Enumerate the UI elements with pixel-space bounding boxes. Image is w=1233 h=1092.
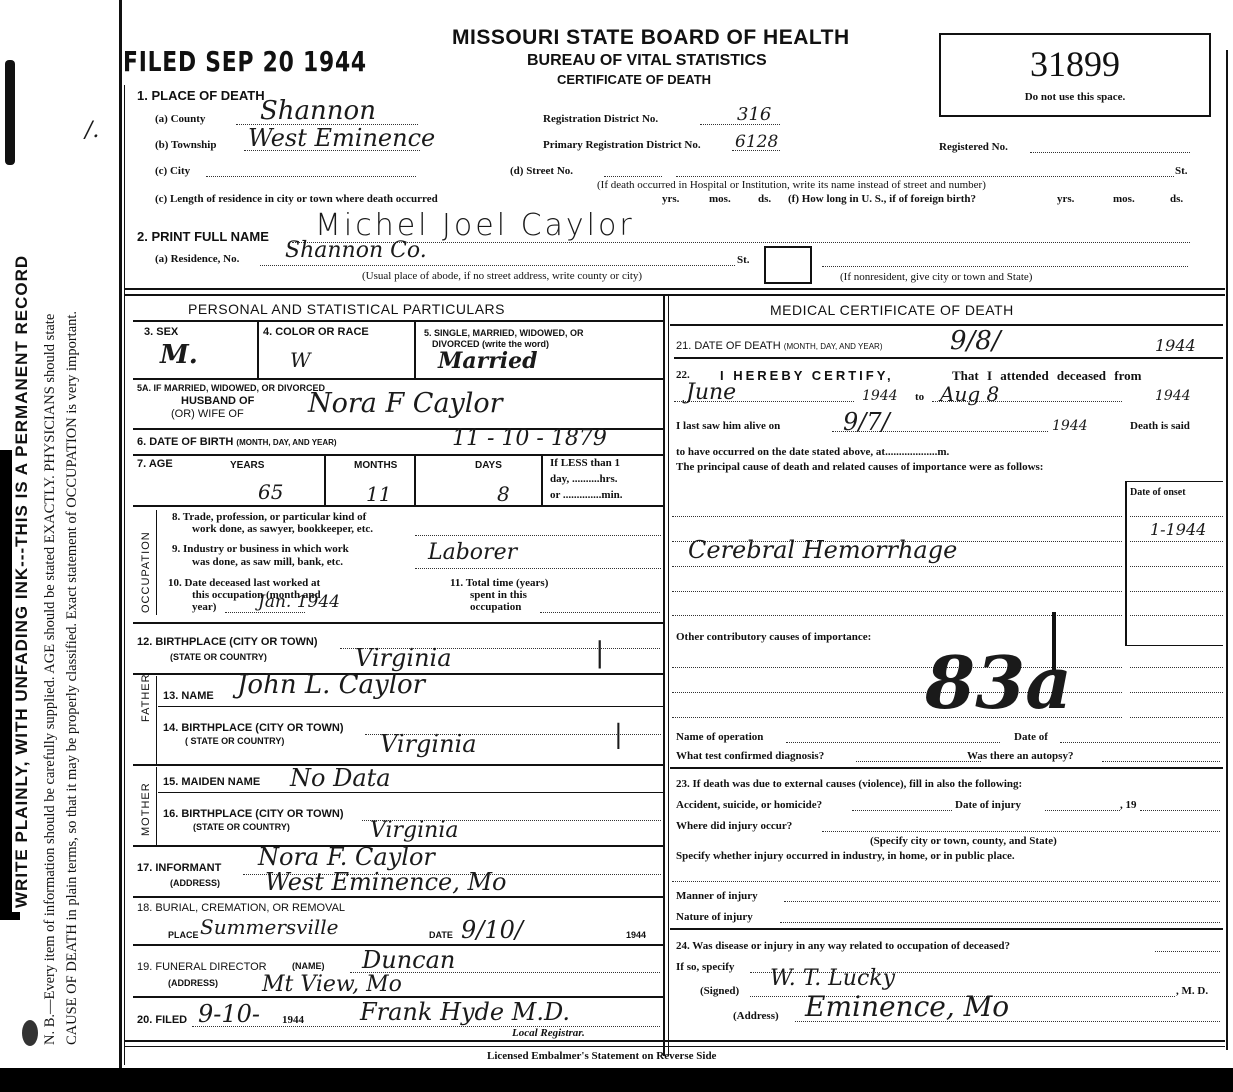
father-end-line xyxy=(133,764,663,766)
foreign-ds: ds. xyxy=(1170,193,1183,205)
township-value[interactable]: West Eminence xyxy=(248,124,435,152)
sex-label: 3. SEX xyxy=(144,326,178,338)
spouse-label-1: 5A. IF MARRIED, WIDOWED, OR DIVORCED xyxy=(137,383,325,393)
personal-section-title: PERSONAL AND STATISTICAL PARTICULARS xyxy=(188,301,505,317)
where-line xyxy=(822,831,1220,832)
if-so-label: If so, specify xyxy=(676,961,734,973)
less-than-label: If LESS than 1 xyxy=(550,457,620,469)
dod-label-sub: (MONTH, DAY, AND YEAR) xyxy=(784,342,883,351)
injury-year-label: , 19 xyxy=(1120,799,1137,811)
maiden-name-label: 15. MAIDEN NAME xyxy=(163,776,260,788)
onset-line-7 xyxy=(1130,692,1223,693)
specify-line xyxy=(672,881,1220,882)
industry-label-1: 9. Industry or business in which work xyxy=(172,543,349,555)
header-divider xyxy=(125,288,1225,290)
dod-label: 21. DATE OF DEATH (MONTH, DAY, AND YEAR) xyxy=(676,340,882,352)
last-worked-label-3: year) xyxy=(192,601,216,613)
age-years-value[interactable]: 65 xyxy=(258,480,283,504)
margin-black-bar-top xyxy=(5,60,15,165)
accident-label: Accident, suicide, or homicide? xyxy=(676,799,822,811)
age-months-divider xyxy=(414,455,416,505)
occupation-end-line xyxy=(133,622,663,624)
dob-label-sub: (MONTH, DAY, AND YEAR) xyxy=(236,438,336,447)
maiden-name-value[interactable]: No Data xyxy=(290,764,391,792)
street-st-label: St. xyxy=(1175,165,1188,177)
reg-district-label: Registration District No. xyxy=(543,113,658,125)
street-line xyxy=(604,176,662,177)
autopsy-label: Was there an autopsy? xyxy=(967,750,1073,762)
attended-to-year[interactable]: 1944 xyxy=(1155,388,1191,404)
funeral-name-value[interactable]: Duncan xyxy=(362,946,455,974)
marital-label-1: 5. SINGLE, MARRIED, WIDOWED, OR xyxy=(424,328,584,338)
industry-label-2: was done, as saw mill, bank, etc. xyxy=(192,556,343,568)
row6-line xyxy=(133,454,663,456)
county-value[interactable]: Shannon xyxy=(260,96,376,126)
birthplace-label-2: (STATE OR COUNTRY) xyxy=(170,652,267,662)
file-number-box: 31899 Do not use this space. xyxy=(939,33,1211,117)
bureau-title: BUREAU OF VITAL STATISTICS xyxy=(527,52,767,70)
attended-from-value[interactable]: June xyxy=(686,380,736,405)
burial-date-value[interactable]: 9/10/ xyxy=(461,916,523,944)
union-label-icon xyxy=(22,1020,38,1046)
certificate-title: CERTIFICATE OF DEATH xyxy=(557,72,711,87)
onset-box-top xyxy=(1125,481,1223,482)
manner-line xyxy=(784,901,1220,902)
specify-label: Specify whether injury occurred in indus… xyxy=(676,850,1015,862)
race-divider xyxy=(414,322,416,378)
injury-date-label: Date of injury xyxy=(955,799,1021,811)
mother-birthplace-value[interactable]: Virginia xyxy=(370,818,459,843)
dod-year[interactable]: 1944 xyxy=(1155,336,1196,355)
mother-side-label: MOTHER xyxy=(140,782,152,836)
city-label: (c) City xyxy=(155,165,190,177)
nature-label: Nature of injury xyxy=(676,911,753,923)
burial-year-value[interactable]: 1944 xyxy=(626,930,646,940)
age-label: 7. AGE xyxy=(137,458,173,470)
doctor-address-value[interactable]: Eminence, Mo xyxy=(805,990,1009,1023)
onset-line-1 xyxy=(1130,516,1223,517)
bottom-line-1 xyxy=(125,1040,1225,1042)
residence-ds: ds. xyxy=(758,193,771,205)
age-days-divider xyxy=(541,455,543,505)
occupation-side-label: OCCUPATION xyxy=(140,531,152,613)
operation-line xyxy=(786,742,1000,743)
father-birthplace-check: | xyxy=(614,720,623,750)
informant-name-value[interactable]: Nora F. Caylor xyxy=(258,843,435,871)
foreign-birth-label: (f) How long in U. S., if of foreign bir… xyxy=(788,193,976,205)
last-saw-value[interactable]: 9/7/ xyxy=(843,408,890,436)
reg-district-value[interactable]: 316 xyxy=(737,104,771,125)
trade-label-2: work done, as sawyer, bookkeeper, etc. xyxy=(192,523,373,535)
informant-address-label: (ADDRESS) xyxy=(170,878,220,888)
father-side-label: FATHER xyxy=(140,673,152,722)
registrar-value[interactable]: Frank Hyde M.D. xyxy=(360,998,570,1026)
residence-label: (a) Residence, No. xyxy=(155,253,239,265)
funeral-name-label: (NAME) xyxy=(292,961,325,971)
hospital-note: (If death occurred in Hospital or Instit… xyxy=(597,179,986,191)
doctor-address-label: (Address) xyxy=(733,1010,779,1022)
to-label: to xyxy=(915,391,924,403)
race-value[interactable]: W xyxy=(290,348,311,372)
external-end-line xyxy=(670,928,1223,930)
dod-label-main: 21. DATE OF DEATH xyxy=(676,340,781,352)
registrar-label: Local Registrar. xyxy=(512,1027,585,1039)
operation-label: Name of operation xyxy=(676,731,763,743)
nb-notice-line2: CAUSE OF DEATH in plain terms, so that i… xyxy=(64,311,81,1045)
registered-no-line xyxy=(1030,152,1190,153)
onset-box-divider xyxy=(1125,481,1127,646)
burial-place-label: PLACE xyxy=(168,930,199,940)
burial-date-label: DATE xyxy=(429,930,453,940)
occupation-related-label: 24. Was disease or injury in any way rel… xyxy=(676,940,1010,952)
classification-code-mark: 83a xyxy=(925,640,1072,725)
spouse-label-2: HUSBAND OF xyxy=(181,395,254,407)
where-label: Where did injury occur? xyxy=(676,820,792,832)
father-birthplace-label-2: ( STATE OR COUNTRY) xyxy=(185,736,284,746)
funeral-address-label: (ADDRESS) xyxy=(168,978,218,988)
residence-mos: mos. xyxy=(709,193,731,205)
center-divider-2 xyxy=(668,294,669,1056)
cause-line-1 xyxy=(672,516,1122,517)
filed-line xyxy=(192,1026,660,1027)
marital-value[interactable]: Married xyxy=(438,348,538,374)
residence-st-label: St. xyxy=(737,254,750,266)
residence-value[interactable]: Shannon Co. xyxy=(285,238,427,263)
test-line xyxy=(856,761,981,762)
informant-label: 17. INFORMANT xyxy=(137,862,221,874)
outer-border-right xyxy=(1226,50,1228,1050)
cause-line-4 xyxy=(672,591,1122,592)
nonresident-note: (If nonresident, give city or town and S… xyxy=(840,271,1032,283)
principal-cause-text: The principal cause of death and related… xyxy=(676,461,1043,473)
embalmer-note: Licensed Embalmer's Statement on Reverse… xyxy=(487,1050,716,1062)
board-title: MISSOURI STATE BOARD OF HEALTH xyxy=(452,26,850,50)
medical-section-title: MEDICAL CERTIFICATE OF DEATH xyxy=(770,302,1014,318)
onset-line-5 xyxy=(1130,615,1223,616)
race-label: 4. COLOR OR RACE xyxy=(263,326,369,338)
primary-reg-value[interactable]: 6128 xyxy=(735,132,778,152)
birthplace-value[interactable]: Virginia xyxy=(355,644,452,672)
date-of-onset-label: Date of onset xyxy=(1130,487,1186,498)
abode-note: (Usual place of abode, if no street addr… xyxy=(362,270,642,282)
attended-from-year[interactable]: 1944 xyxy=(862,388,898,404)
filed-year-value[interactable]: 1944 xyxy=(282,1014,304,1026)
row7-line xyxy=(133,505,663,507)
attended-to-value[interactable]: Aug 8 xyxy=(940,382,999,406)
margin-check-mark: /. xyxy=(85,118,99,143)
accident-line xyxy=(852,810,952,811)
dob-label-main: 6. DATE OF BIRTH xyxy=(137,436,233,448)
dod-value[interactable]: 9/8/ xyxy=(950,326,1001,356)
mother-birthplace-label-2: (STATE OR COUNTRY) xyxy=(193,822,290,832)
total-time-label-1: 11. Total time (years) xyxy=(450,577,548,589)
test-label: What test confirmed diagnosis? xyxy=(676,750,824,762)
nb-notice-line1: N. B.—Every item of information should b… xyxy=(42,314,59,1045)
header-divider-2 xyxy=(125,294,1225,296)
date-of-label: Date of xyxy=(1014,731,1048,743)
personal-title-line xyxy=(133,320,663,322)
total-time-label-3: occupation xyxy=(470,601,521,613)
last-worked-label-1: 10. Date deceased last worked at xyxy=(168,577,320,589)
onset-box-bottom xyxy=(1125,645,1223,646)
spouse-label-3: (OR) WIFE OF xyxy=(171,408,244,420)
md-label: , M. D. xyxy=(1176,985,1208,997)
father-birthplace-value[interactable]: Virginia xyxy=(380,730,477,758)
occupation-side-divider xyxy=(156,510,157,615)
last-saw-label: I last saw him alive on xyxy=(676,420,780,432)
age-days-label: DAYS xyxy=(475,460,502,471)
funeral-director-label: 19. FUNERAL DIRECTOR xyxy=(137,961,267,973)
onset-line-4 xyxy=(1130,591,1223,592)
where-note: (Specify city or town, county, and State… xyxy=(870,835,1057,847)
center-divider xyxy=(663,294,665,1056)
do-not-use-note: Do not use this space. xyxy=(941,91,1209,103)
death-said-label: Death is said xyxy=(1130,420,1190,432)
injury-date-line xyxy=(1045,810,1120,811)
county-label: (a) County xyxy=(155,113,205,125)
onset-line-3 xyxy=(1130,566,1223,567)
filed-stamp: FILED SEP 20 1944 xyxy=(123,45,367,78)
mother-side-divider xyxy=(156,767,157,845)
foreign-yrs: yrs. xyxy=(1057,193,1074,205)
occupation-related-line xyxy=(1155,951,1220,952)
father-name-line xyxy=(158,706,663,707)
inner-border-left xyxy=(124,85,125,1065)
father-name-value[interactable]: John L. Caylor xyxy=(237,670,425,700)
medical-end-line xyxy=(670,767,1223,769)
onset-value[interactable]: 1-1944 xyxy=(1150,520,1206,539)
filed-label: 20. FILED xyxy=(137,1014,187,1026)
outer-border-left xyxy=(119,0,122,1068)
informant-end-line xyxy=(133,896,663,898)
primary-reg-label: Primary Registration District No. xyxy=(543,139,701,151)
registered-no-label: Registered No. xyxy=(939,141,1008,153)
onset-line-8 xyxy=(1130,717,1223,718)
informant-address-value[interactable]: West Eminence, Mo xyxy=(265,868,507,896)
dod-line xyxy=(674,357,1223,359)
total-time-line xyxy=(540,612,660,613)
residence-box xyxy=(764,246,812,284)
certify-heading: I HEREBY CERTIFY, xyxy=(720,368,894,383)
cause-line-3 xyxy=(672,566,1122,567)
form-code: I X14028 xyxy=(24,899,34,935)
filed-date-value[interactable]: 9-10- xyxy=(198,1000,260,1028)
bottom-line-2 xyxy=(125,1046,1225,1047)
date-of-line xyxy=(1060,742,1220,743)
last-worked-line xyxy=(225,612,305,613)
father-side-divider xyxy=(156,676,157,764)
file-number: 31899 xyxy=(941,43,1209,85)
less-day-label: day, ..........hrs. xyxy=(550,473,618,485)
township-label: (b) Township xyxy=(155,139,216,151)
trade-line xyxy=(415,535,661,536)
funeral-address-value[interactable]: Mt View, Mo xyxy=(262,972,402,997)
nonresident-line xyxy=(822,266,1188,267)
last-saw-year[interactable]: 1944 xyxy=(1052,418,1088,434)
place-of-death-label: 1. PLACE OF DEATH xyxy=(137,88,265,103)
birthplace-check: | xyxy=(595,636,604,669)
last-worked-value[interactable]: Jan. 1944 xyxy=(258,592,340,612)
onset-line-2 xyxy=(1130,541,1223,542)
death-certificate: WRITE PLAINLY, WITH UNFADING INK---THIS … xyxy=(0,0,1233,1068)
foreign-mos: mos. xyxy=(1113,193,1135,205)
street-label: (d) Street No. xyxy=(510,165,573,177)
dob-label: 6. DATE OF BIRTH (MONTH, DAY, AND YEAR) xyxy=(137,436,337,448)
residence-line xyxy=(260,265,735,266)
age-months-value[interactable]: 11 xyxy=(366,482,391,506)
less-min-label: or ..............min. xyxy=(550,489,623,501)
mother-birthplace-label-1: 16. BIRTHPLACE (CITY OR TOWN) xyxy=(163,808,344,820)
signed-label: (Signed) xyxy=(700,985,739,997)
trade-label-1: 8. Trade, profession, or particular kind… xyxy=(172,511,366,523)
onset-line-6 xyxy=(1130,667,1223,668)
occurred-text: to have occurred on the date stated abov… xyxy=(676,446,949,458)
father-name-label: 13. NAME xyxy=(163,690,214,702)
nature-line xyxy=(780,922,1220,923)
age-years-divider xyxy=(324,455,326,505)
burial-label: 18. BURIAL, CREMATION, OR REMOVAL xyxy=(137,902,345,914)
city-line xyxy=(206,176,416,177)
residence-yrs: yrs. xyxy=(662,193,679,205)
industry-line xyxy=(415,568,661,569)
age-days-value[interactable]: 8 xyxy=(497,482,510,506)
injury-year-line xyxy=(1140,810,1220,811)
age-years-label: YEARS xyxy=(230,460,264,471)
medical-title-line xyxy=(670,324,1223,326)
industry-value[interactable]: Laborer xyxy=(428,540,517,565)
manner-label: Manner of injury xyxy=(676,890,758,902)
other-causes-label: Other contributory causes of importance: xyxy=(676,631,871,643)
write-plainly-notice: WRITE PLAINLY, WITH UNFADING INK---THIS … xyxy=(12,251,32,912)
maiden-line xyxy=(158,792,663,793)
dob-value[interactable]: 11 - 10 - 1879 xyxy=(452,426,607,451)
burial-place-value[interactable]: Summersville xyxy=(200,915,339,939)
total-time-label-2: spent in this xyxy=(470,589,527,601)
signed-value[interactable]: W. T. Lucky xyxy=(770,966,895,991)
age-months-label: MONTHS xyxy=(354,460,397,471)
cause-of-death-value[interactable]: Cerebral Hemorrhage xyxy=(688,536,957,564)
sex-divider xyxy=(257,322,259,378)
father-birthplace-label-1: 14. BIRTHPLACE (CITY OR TOWN) xyxy=(163,722,344,734)
external-label: 23. If death was due to external causes … xyxy=(676,778,1022,790)
street-name-line xyxy=(676,176,1174,177)
spouse-value[interactable]: Nora F Caylor xyxy=(308,388,503,419)
birthplace-label-1: 12. BIRTHPLACE (CITY OR TOWN) xyxy=(137,636,318,648)
classification-code-tick xyxy=(1052,612,1056,670)
autopsy-line xyxy=(1102,761,1220,762)
sex-value[interactable]: M. xyxy=(160,340,198,370)
row3-line xyxy=(133,378,663,380)
full-name-label: 2. PRINT FULL NAME xyxy=(137,229,269,244)
residence-length-label: (c) Length of residence in city or town … xyxy=(155,193,438,205)
